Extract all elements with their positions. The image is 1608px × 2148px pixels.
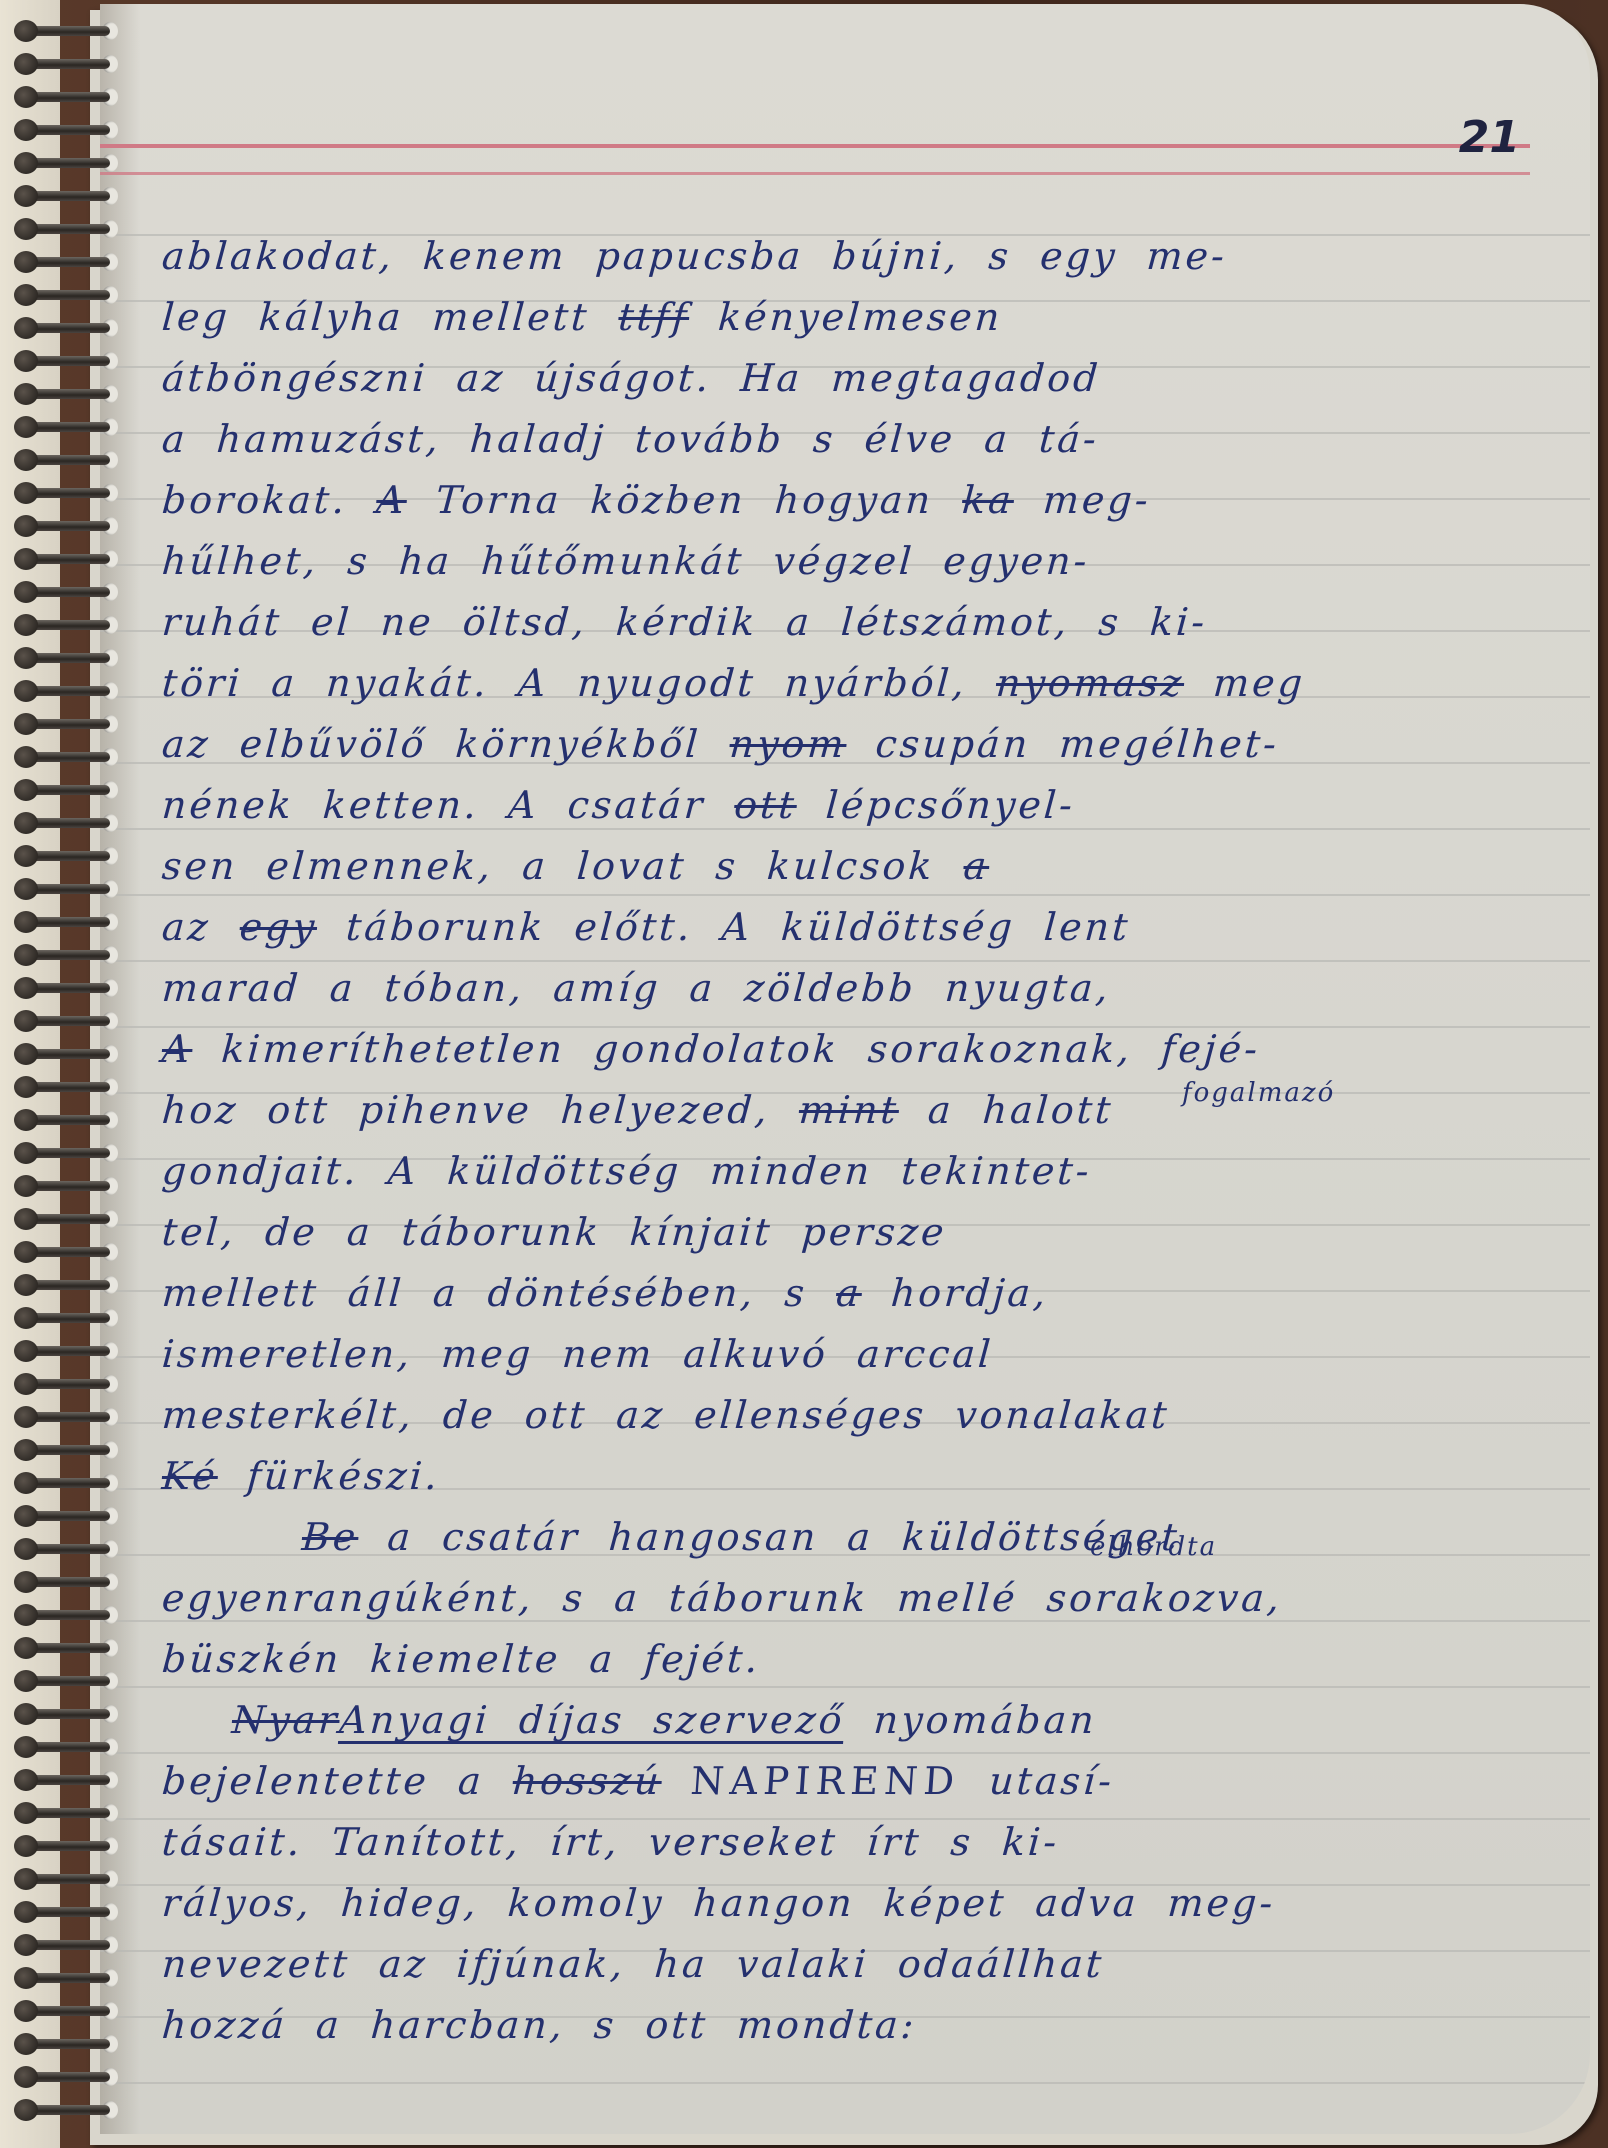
text-line: leg kályha mellett ttff kényelmesen <box>160 287 1564 348</box>
top-margin-line <box>100 144 1530 148</box>
text-line: rályos, hideg, komoly hangon képet adva … <box>160 1873 1564 1934</box>
capitalized-word: NAPIREND <box>689 1759 961 1803</box>
spiral-coil <box>14 1109 114 1131</box>
spiral-coil <box>14 1769 114 1791</box>
spiral-coil <box>14 2066 114 2088</box>
text-line: NyarAnyagi díjas szervező nyomában <box>160 1690 1564 1751</box>
text-line: Be a csatár hangosan a küldöttséget <box>160 1507 1564 1568</box>
text-line: töri a nyakát. A nyugodt nyárból, nyomas… <box>160 653 1564 714</box>
spiral-coil <box>14 2099 114 2121</box>
spiral-coil <box>14 614 114 636</box>
text-line: hoz ott pihenve helyezed, mint a halott <box>160 1080 1564 1141</box>
spiral-coil <box>14 581 114 603</box>
crossed-out-word: nyomasz <box>995 661 1186 705</box>
spiral-binding <box>14 20 124 2130</box>
spiral-coil <box>14 1439 114 1461</box>
spiral-coil <box>14 746 114 768</box>
spiral-coil <box>14 1670 114 1692</box>
spiral-coil <box>14 548 114 570</box>
text-line: egyenrangúként, s a táborunk mellé sorak… <box>160 1568 1564 1629</box>
crossed-out-word: ott <box>733 783 798 827</box>
spiral-coil <box>14 53 114 75</box>
spiral-coil <box>14 1835 114 1857</box>
spiral-coil <box>14 812 114 834</box>
text-line: tel, de a táborunk kínjait persze <box>160 1202 1564 1263</box>
text-line: az egy táborunk előtt. A küldöttség lent <box>160 897 1564 958</box>
text-line: átböngészni az újságot. Ha megtagadod <box>160 348 1564 409</box>
crossed-out-word: Ké <box>160 1454 219 1498</box>
spiral-coil <box>14 350 114 372</box>
text-line: bejelentette a hosszú NAPIREND utasí- <box>160 1751 1564 1812</box>
text-line: ablakodat, kenem papucsba bújni, s egy m… <box>160 226 1564 287</box>
spiral-coil <box>14 1274 114 1296</box>
spiral-coil <box>14 1868 114 1890</box>
spiral-coil <box>14 713 114 735</box>
spiral-coil <box>14 152 114 174</box>
spiral-coil <box>14 1340 114 1362</box>
spiral-coil <box>14 1802 114 1824</box>
spiral-coil <box>14 515 114 537</box>
spiral-coil <box>14 20 114 42</box>
spiral-coil <box>14 1208 114 1230</box>
text-line: sen elmennek, a lovat s kulcsok a <box>160 836 1564 897</box>
spiral-coil <box>14 251 114 273</box>
spiral-coil <box>14 2000 114 2022</box>
crossed-out-word: ttff <box>617 295 691 339</box>
text-line: nének ketten. A csatár ott lépcsőnyel- <box>160 775 1564 836</box>
crossed-out-word: A <box>160 1027 194 1071</box>
spiral-coil <box>14 1637 114 1659</box>
crossed-out-word: egy <box>238 905 318 949</box>
text-line: borokat. A Torna közben hogyan ka meg- <box>160 470 1564 531</box>
text-line: mellett áll a döntésében, s a hordja, <box>160 1263 1564 1324</box>
spiral-coil <box>14 218 114 240</box>
text-line: nevezett az ifjúnak, ha valaki odaállhat <box>160 1934 1564 1995</box>
spiral-coil <box>14 1175 114 1197</box>
spiral-coil <box>14 1472 114 1494</box>
text-line: tásait. Tanított, írt, verseket írt s ki… <box>160 1812 1564 1873</box>
spiral-coil <box>14 317 114 339</box>
spiral-coil <box>14 1901 114 1923</box>
text-line: hozzá a harcban, s ott mondta: <box>160 1995 1564 2056</box>
spiral-coil <box>14 647 114 669</box>
spiral-coil <box>14 1142 114 1164</box>
crossed-out-word: nyom <box>728 722 848 766</box>
spiral-coil <box>14 185 114 207</box>
spiral-coil <box>14 1703 114 1725</box>
spiral-coil <box>14 1406 114 1428</box>
spiral-coil <box>14 1967 114 1989</box>
crossed-out-word: hosszú <box>511 1759 663 1803</box>
text-line: büszkén kiemelte a fejét. <box>160 1629 1564 1690</box>
text-line: A kimeríthetetlen gondolatok sorakoznak,… <box>160 1019 1564 1080</box>
crossed-out-word: A <box>375 478 409 522</box>
underlined-heading: Anyagi díjas szervező <box>338 1698 846 1742</box>
spiral-coil <box>14 1307 114 1329</box>
text-line: az elbűvölő környékből nyom csupán megél… <box>160 714 1564 775</box>
spiral-coil <box>14 383 114 405</box>
spiral-coil <box>14 482 114 504</box>
spiral-coil <box>14 449 114 471</box>
spiral-coil <box>14 845 114 867</box>
spiral-coil <box>14 1934 114 1956</box>
spiral-coil <box>14 1010 114 1032</box>
text-line: Ké fürkészi. <box>160 1446 1564 1507</box>
crossed-out-word: Be <box>300 1515 359 1559</box>
crossed-out-word: ka <box>961 478 1016 522</box>
text-line: a hamuzást, haladj tovább s élve a tá- <box>160 409 1564 470</box>
text-line: marad a tóban, amíg a zöldebb nyugta, <box>160 958 1564 1019</box>
crossed-out-word: a <box>962 844 991 888</box>
spiral-coil <box>14 944 114 966</box>
spiral-coil <box>14 1076 114 1098</box>
spiral-coil <box>14 680 114 702</box>
spiral-coil <box>14 779 114 801</box>
page-number: 21 <box>1459 112 1520 163</box>
spiral-coil <box>14 1604 114 1626</box>
spiral-coil <box>14 284 114 306</box>
spiral-coil <box>14 1736 114 1758</box>
text-line: mesterkélt, de ott az ellenséges vonalak… <box>160 1385 1564 1446</box>
spiral-coil <box>14 977 114 999</box>
spiral-coil <box>14 1373 114 1395</box>
spiral-coil <box>14 2033 114 2055</box>
text-line: gondjait. A küldöttség minden tekintet- <box>160 1141 1564 1202</box>
notebook-page: 21 fogalmazó elhordta ablakodat, kenem p… <box>100 4 1590 2134</box>
spiral-coil <box>14 1043 114 1065</box>
crossed-out-word: Nyar <box>230 1698 341 1742</box>
top-margin-line-2 <box>100 172 1530 175</box>
spiral-coil <box>14 1571 114 1593</box>
spiral-coil <box>14 86 114 108</box>
handwritten-text: ablakodat, kenem papucsba bújni, s egy m… <box>162 226 1562 2056</box>
spiral-coil <box>14 1538 114 1560</box>
text-line: ruhát el ne öltsd, kérdik a létszámot, s… <box>160 592 1564 653</box>
crossed-out-word: mint <box>797 1088 900 1132</box>
spiral-coil <box>14 119 114 141</box>
spiral-coil <box>14 1241 114 1263</box>
spiral-coil <box>14 911 114 933</box>
crossed-out-word: a <box>835 1271 864 1315</box>
spiral-coil <box>14 878 114 900</box>
spiral-coil <box>14 1505 114 1527</box>
text-line: ismeretlen, meg nem alkuvó arccal <box>160 1324 1564 1385</box>
spiral-coil <box>14 416 114 438</box>
text-line: hűlhet, s ha hűtőmunkát végzel egyen- <box>160 531 1564 592</box>
